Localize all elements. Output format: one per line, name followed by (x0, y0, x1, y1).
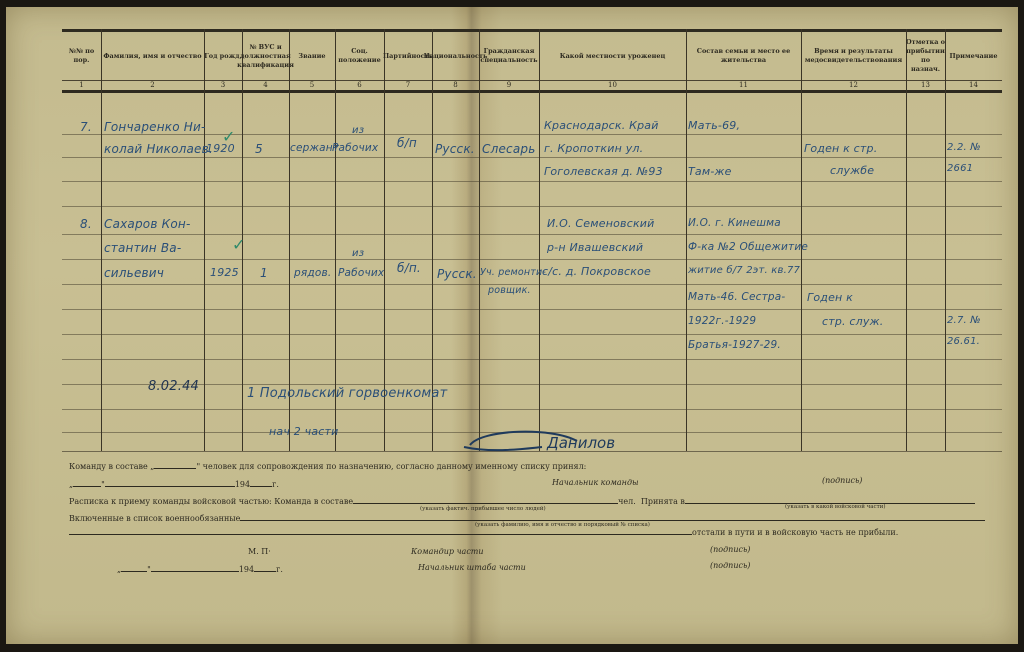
commander-label: Командир части (411, 547, 484, 556)
month-field[interactable] (105, 478, 235, 487)
col-header-11: Состав семьи и место ее жительства (686, 32, 801, 80)
birthplace-line3: с/с. д. Покровское (542, 265, 651, 278)
birth-year: 1925 (210, 266, 239, 279)
col-number: 1 (62, 81, 101, 91)
family-line5: 1922г.-1929 (688, 315, 756, 327)
col-number: 7 (384, 81, 432, 91)
family-line4: Мать-46. Сестра- (688, 291, 785, 303)
col-number: 13 (906, 81, 945, 91)
civil-specialty-line2: ровщик. (488, 285, 531, 296)
day-field[interactable] (73, 478, 101, 487)
year-field[interactable] (250, 478, 272, 487)
nationality: Русск. (437, 267, 477, 281)
footer-line-5: отстали в пути и в войсковую часть не пр… (69, 526, 898, 537)
team-size-field[interactable] (154, 460, 196, 469)
full-name-line1: Гончаренко Ни- (104, 120, 206, 134)
col-number: 9 (479, 81, 539, 91)
full-name-line2: стантин Ва- (104, 241, 181, 255)
col-number: 12 (801, 81, 906, 91)
social-status-line2: Рабочих (332, 142, 378, 154)
civil-specialty-line1: Уч. ремонти- (480, 267, 546, 278)
party: б/п. (397, 261, 421, 275)
missing-personnel-field[interactable] (69, 526, 692, 535)
family-line3: житие б/7 2эт. кв.77 (688, 265, 800, 276)
family-line2: Там-же (688, 165, 732, 178)
col-number: 8 (432, 81, 479, 91)
medical-result-line2: стр. служ. (822, 315, 883, 328)
birthplace-line2: г. Кропоткин ул. (544, 142, 643, 155)
social-status-line2: Рабочих (338, 267, 384, 279)
col-number: 6 (335, 81, 384, 91)
social-status-line1: из (352, 125, 364, 136)
social-status-line1: из (352, 248, 364, 259)
stamp-place-label: М. П· (248, 547, 271, 556)
actual-count-field[interactable] (353, 495, 618, 504)
footer-line-7: „"194г. (117, 563, 283, 574)
family-line1: Мать-69, (688, 119, 740, 132)
vus-number: 5 (255, 142, 263, 156)
day-field-2[interactable] (121, 563, 147, 572)
col-header-10: Какой местности уроженец (539, 32, 686, 80)
full-name-line2: колай Николаев. (104, 142, 213, 156)
checkmark-icon: ✓ (232, 235, 245, 254)
note-line2: 26.61. (947, 336, 980, 347)
col-header-12: Время и результаты медосвидетельствовани… (801, 32, 906, 80)
checkmark-icon: ✓ (222, 127, 235, 146)
medical-result-line1: Годен к (807, 291, 853, 304)
chief-of-staff-label: Начальник штаба части (418, 563, 526, 572)
signature-text: Данилов (547, 434, 615, 452)
row-number: 7. (80, 120, 92, 134)
birthplace-line3: Гоголевская д. №93 (544, 165, 663, 178)
col-number: 5 (289, 81, 335, 91)
col-number: 4 (242, 81, 289, 91)
col-number: 14 (945, 81, 1002, 91)
year-field-2[interactable] (254, 563, 276, 572)
chief-of-staff-signature-label: (подпись) (710, 561, 750, 570)
col-header-13: Отметка о прибытии по назнач. (906, 32, 945, 80)
annotation-military-office: 1 Подольский горвоенкомат (247, 386, 447, 401)
hint-military-unit: (указать в какой войсковой части) (785, 504, 885, 510)
annotation-department: нач 2 части (269, 425, 338, 438)
birthplace-line1: И.О. Семеновский (547, 217, 655, 230)
team-chief-signature-label: (подпись) (822, 476, 862, 485)
team-chief-label: Начальник команды (552, 478, 639, 487)
note-line1: 2.2. № (947, 142, 981, 153)
full-name-line3: сильевич (104, 266, 164, 280)
col-header-14: Примечание (945, 32, 1002, 80)
col-header-8: Национальность (432, 32, 479, 80)
row-number: 8. (80, 217, 92, 231)
month-field-2[interactable] (151, 563, 239, 572)
family-line1: И.О. г. Кинешма (688, 217, 781, 229)
col-header-4: № ВУС и должностная квалификация (242, 32, 289, 80)
military-unit-field[interactable] (685, 495, 975, 504)
nationality: Русск. (435, 142, 475, 156)
family-line2: Ф-ка №2 Общежитие (688, 241, 808, 253)
col-header-6: Соц. положение (335, 32, 384, 80)
party: б/п (397, 136, 417, 150)
note-line1: 2.7. № (947, 315, 981, 326)
note-line2: 2661 (947, 163, 973, 174)
footer-line-1: Команду в составе „" человек для сопрово… (69, 460, 586, 471)
full-name-line1: Сахаров Кон- (104, 217, 190, 231)
commander-signature-label: (подпись) (710, 545, 750, 554)
rank: рядов. (294, 267, 331, 279)
col-number: 10 (539, 81, 686, 91)
col-header-1: №№ по пор. (62, 32, 101, 80)
col-header-2: Фамилия, имя и отчество (101, 32, 204, 80)
birthplace-line2: р-н Ивашевский (547, 241, 643, 254)
civil-specialty: Слесарь (482, 142, 535, 156)
medical-result-line1: Годен к стр. (804, 142, 877, 155)
medical-result-line2: службе (830, 164, 874, 177)
annotation-date: 8.02.44 (148, 379, 199, 394)
col-header-9: Гражданская специальность (479, 32, 539, 80)
col-number: 11 (686, 81, 801, 91)
col-number: 3 (204, 81, 242, 91)
vus-number: 1 (260, 266, 268, 280)
col-number: 2 (101, 81, 204, 91)
listed-personnel-field[interactable] (240, 512, 985, 521)
col-header-5: Звание (289, 32, 335, 80)
birthplace-line1: Краснодарск. Край (544, 119, 659, 132)
family-line6: Братья-1927-29. (688, 339, 781, 351)
footer-line-2: „"194г. (69, 478, 279, 489)
